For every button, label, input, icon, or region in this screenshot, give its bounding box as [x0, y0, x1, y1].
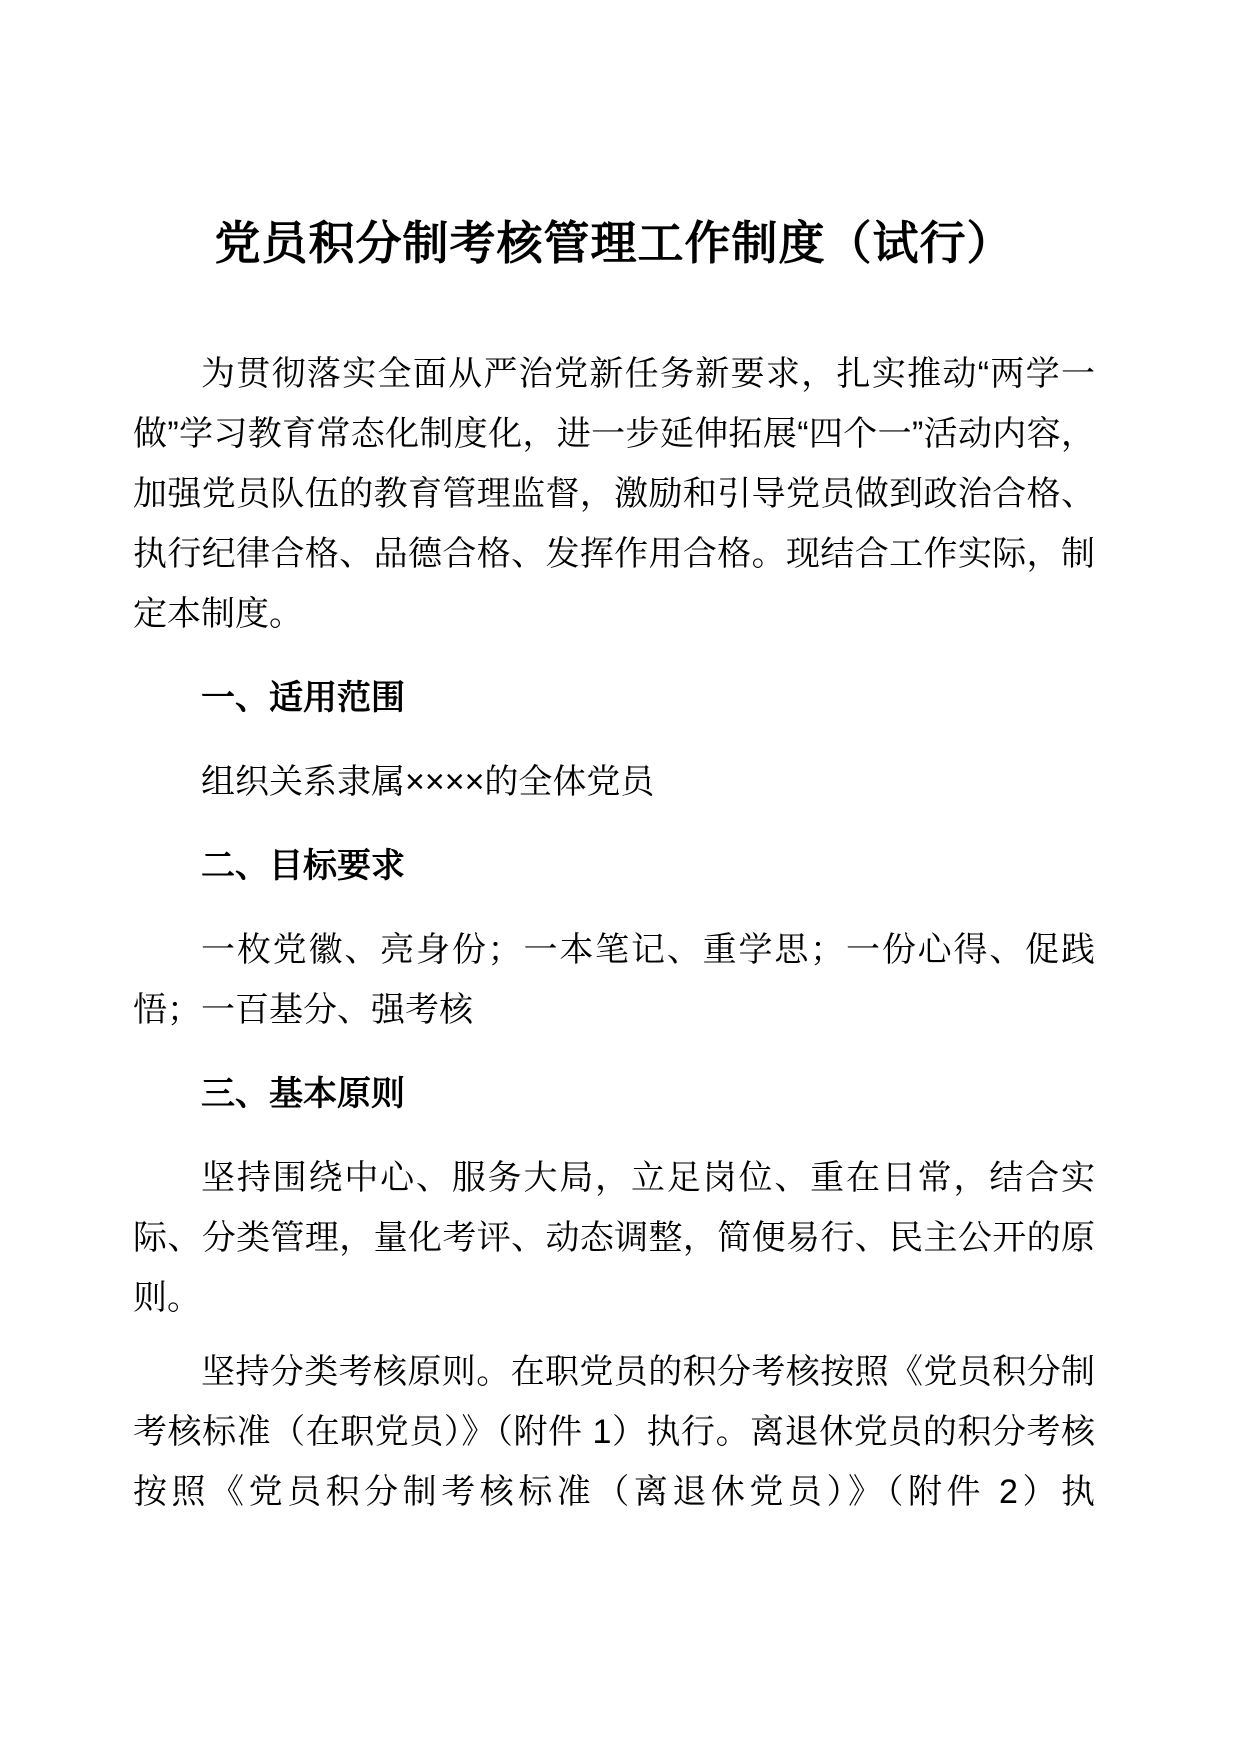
goals-paragraph: 一枚党徽、亮身份；一本笔记、重学思；一份心得、促践悟；一百基分、强考核 — [133, 920, 1095, 1040]
principles-paragraph-1: 坚持围绕中心、服务大局，立足岗位、重在日常，结合实际、分类管理，量化考评、动态调… — [133, 1148, 1095, 1328]
intro-paragraph: 为贯彻落实全面从严治党新任务新要求，扎实推动“两学一做”学习教育常态化制度化，进… — [133, 344, 1095, 644]
section-heading-principles: 三、基本原则 — [133, 1064, 1095, 1124]
document-page: 党员积分制考核管理工作制度（试行） 为贯彻落实全面从严治党新任务新要求，扎实推动… — [0, 0, 1240, 1754]
section-heading-scope: 一、适用范围 — [133, 668, 1095, 728]
section-heading-goals: 二、目标要求 — [133, 836, 1095, 896]
doc-title: 党员积分制考核管理工作制度（试行） — [133, 212, 1095, 274]
scope-paragraph: 组织关系隶属××××的全体党员 — [133, 752, 1095, 812]
principles-paragraph-2: 坚持分类考核原则。在职党员的积分考核按照《党员积分制考核标准（在职党员）》（附件… — [133, 1342, 1095, 1522]
